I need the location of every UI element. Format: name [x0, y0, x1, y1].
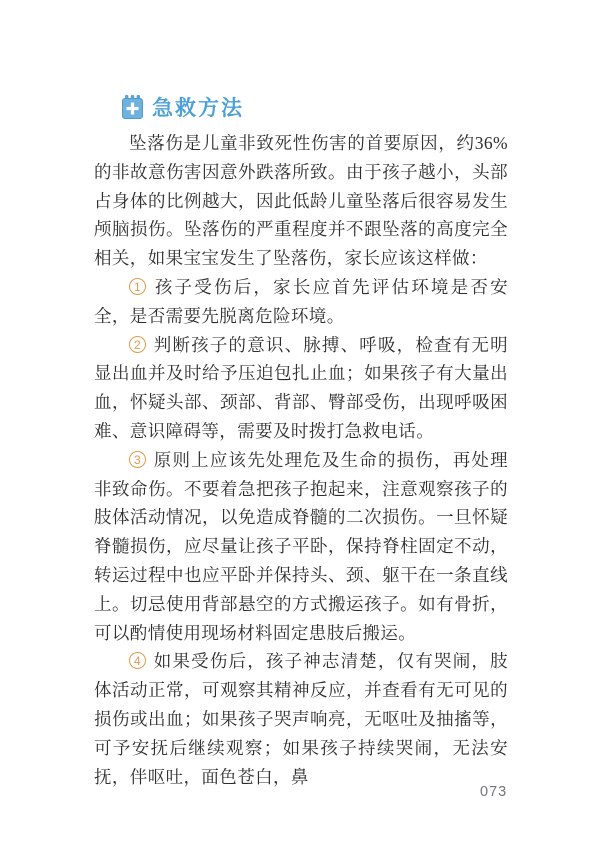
book-page: { "heading": { "label": "急救方法", "icon": …	[0, 0, 600, 859]
step-text: 如果受伤后，孩子神志清楚，仅有哭闹，肢体活动正常，可观察其精神反应，并查看有无可…	[94, 651, 508, 786]
intro-paragraph: 坠落伤是儿童非致死性伤害的首要原因，约36%的非故意伤害因意外跌落所致。由于孩子…	[94, 129, 508, 273]
first-aid-kit-icon	[122, 95, 143, 119]
step-text: 判断孩子的意识、脉搏、呼吸，检查有无明显出血并及时给予压迫包扎止血；如果孩子有大…	[94, 335, 508, 441]
page-number: 073	[480, 784, 507, 800]
step-text: 孩子受伤后，家长应首先评估环境是否安全，是否需要先脱离危险环境。	[94, 277, 508, 326]
step-paragraph: 3原则上应该先处理危及生命的损伤，再处理非致命伤。不要着急把孩子抱起来，注意观察…	[94, 446, 508, 648]
step-text: 原则上应该先处理危及生命的损伤，再处理非致命伤。不要着急把孩子抱起来，注意观察孩…	[94, 450, 508, 643]
page-title: 急救方法	[152, 92, 244, 122]
step-number-badge: 2	[129, 336, 146, 353]
step-number-badge: 1	[129, 278, 146, 295]
article-body: 坠落伤是儿童非致死性伤害的首要原因，约36%的非故意伤害因意外跌落所致。由于孩子…	[94, 129, 508, 791]
step-paragraph: 2判断孩子的意识、脉搏、呼吸，检查有无明显出血并及时给予压迫包扎止血；如果孩子有…	[94, 331, 508, 446]
step-paragraph: 1孩子受伤后，家长应首先评估环境是否安全，是否需要先脱离危险环境。	[94, 273, 508, 331]
section-heading: 急救方法	[122, 92, 244, 122]
step-number-badge: 4	[129, 652, 146, 669]
step-paragraph: 4如果受伤后，孩子神志清楚，仅有哭闹，肢体活动正常，可观察其精神反应，并查看有无…	[94, 647, 508, 791]
step-number-badge: 3	[129, 451, 146, 468]
